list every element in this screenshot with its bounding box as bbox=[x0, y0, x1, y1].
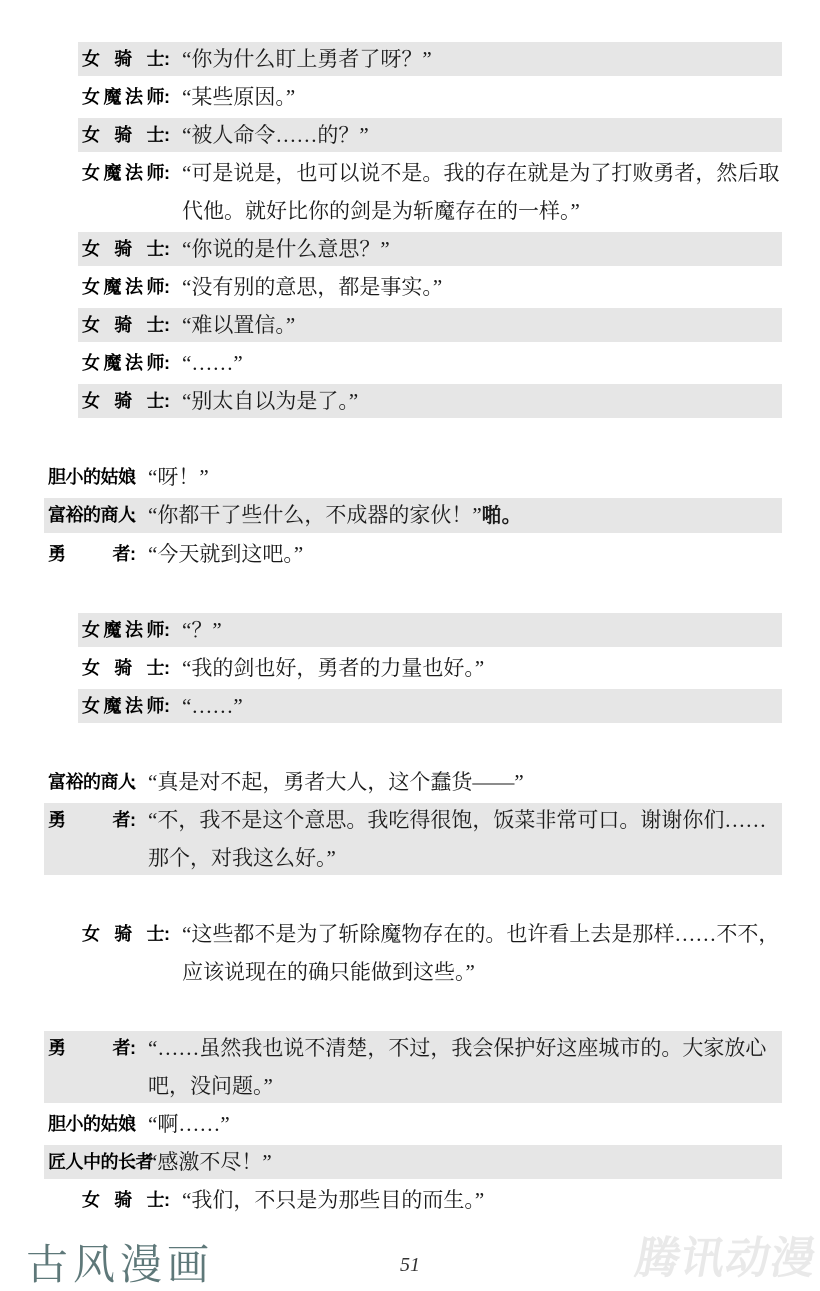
speaker-name: 女魔法师 bbox=[82, 268, 164, 306]
dialogue-quote: “真是对不起，勇者大人，这个蠢货——” bbox=[148, 770, 524, 794]
speaker-name: 女骑士 bbox=[82, 40, 164, 78]
dialogue-quote: “啊……” bbox=[148, 1112, 230, 1136]
dialogue-quote: “不，我不是这个意思。我吃得很饱，饭菜非常可口。谢谢你们……那个，对我这么好。” bbox=[148, 808, 766, 870]
dialogue-row: 女骑士:“别太自以为是了。” bbox=[78, 382, 782, 420]
speaker-colon: : bbox=[164, 649, 170, 687]
dialogue-text: “？” bbox=[182, 611, 782, 649]
dialogue-row: 女魔法师:“某些原因。” bbox=[78, 78, 782, 116]
dialogue-text: “可是说是，也可以说不是。我的存在就是为了打败勇者，然后取代他。就好比你的剑是为… bbox=[182, 154, 782, 230]
speaker-name: 女骑士 bbox=[82, 649, 164, 687]
dialogue-script: 女骑士:“你为什么盯上勇者了呀？”女魔法师:“某些原因。”女骑士:“被人命令……… bbox=[0, 0, 820, 1219]
speaker-name: 勇者 bbox=[48, 1029, 130, 1067]
dialogue-text: “……” bbox=[182, 687, 782, 725]
speaker-name: 女骑士 bbox=[82, 1181, 164, 1219]
dialogue-section: 富裕的商人:“真是对不起，勇者大人，这个蠢货——”勇者:“不，我不是这个意思。我… bbox=[0, 763, 820, 877]
dialogue-text: “不，我不是这个意思。我吃得很饱，饭菜非常可口。谢谢你们……那个，对我这么好。” bbox=[148, 801, 782, 877]
dialogue-quote: “别太自以为是了。” bbox=[182, 389, 358, 413]
dialogue-row: 勇者:“……虽然我也说不清楚，不过，我会保护好这座城市的。大家放心吧，没问题。” bbox=[44, 1029, 782, 1105]
dialogue-quote: “被人命令……的？” bbox=[182, 123, 369, 147]
dialogue-text: “真是对不起，勇者大人，这个蠢货——” bbox=[148, 763, 782, 801]
speaker-colon: : bbox=[130, 496, 136, 534]
speaker-colon: : bbox=[164, 306, 170, 344]
speaker-name: 女骑士 bbox=[82, 382, 164, 420]
speaker-colon: : bbox=[130, 535, 136, 573]
speaker-name: 女骑士 bbox=[82, 306, 164, 344]
speaker-name: 女魔法师 bbox=[82, 154, 164, 192]
dialogue-row: 胆小的姑娘:“呀！” bbox=[44, 458, 782, 496]
speaker-colon: : bbox=[130, 1029, 136, 1067]
speaker-colon: : bbox=[164, 915, 170, 953]
dialogue-quote: “……” bbox=[182, 351, 243, 375]
dialogue-text: “……虽然我也说不清楚，不过，我会保护好这座城市的。大家放心吧，没问题。” bbox=[148, 1029, 782, 1105]
dialogue-row: 勇者:“今天就到这吧。” bbox=[44, 535, 782, 573]
dialogue-text: “……” bbox=[182, 344, 782, 382]
speaker-name: 女魔法师 bbox=[82, 687, 164, 725]
dialogue-text: “你说的是什么意思？” bbox=[182, 230, 782, 268]
dialogue-text: “没有别的意思，都是事实。” bbox=[182, 268, 782, 306]
speaker-colon: : bbox=[164, 611, 170, 649]
speaker-colon: : bbox=[164, 40, 170, 78]
dialogue-row: 富裕的商人:“真是对不起，勇者大人，这个蠢货——” bbox=[44, 763, 782, 801]
dialogue-row: 匠人中的长者:“感激不尽！” bbox=[44, 1143, 782, 1181]
dialogue-quote: “感激不尽！” bbox=[148, 1150, 272, 1174]
speaker-colon: : bbox=[130, 1105, 136, 1143]
dialogue-quote: “呀！” bbox=[148, 465, 209, 489]
speaker-name: 匠人中的长者 bbox=[48, 1143, 130, 1181]
dialogue-row: 女骑士:“这些都不是为了斩除魔物存在的。也许看上去是那样……不不，应该说现在的确… bbox=[78, 915, 782, 991]
dialogue-row: 女骑士:“你说的是什么意思？” bbox=[78, 230, 782, 268]
dialogue-row: 勇者:“不，我不是这个意思。我吃得很饱，饭菜非常可口。谢谢你们……那个，对我这么… bbox=[44, 801, 782, 877]
dialogue-row: 女魔法师:“可是说是，也可以说不是。我的存在就是为了打败勇者，然后取代他。就好比… bbox=[78, 154, 782, 230]
dialogue-text: “难以置信。” bbox=[182, 306, 782, 344]
speaker-colon: : bbox=[164, 382, 170, 420]
speaker-name: 女魔法师 bbox=[82, 344, 164, 382]
dialogue-section: 勇者:“……虽然我也说不清楚，不过，我会保护好这座城市的。大家放心吧，没问题。”… bbox=[0, 1029, 820, 1219]
dialogue-quote: “今天就到这吧。” bbox=[148, 542, 303, 566]
speaker-name: 富裕的商人 bbox=[48, 763, 130, 801]
document-page: 女骑士:“你为什么盯上勇者了呀？”女魔法师:“某些原因。”女骑士:“被人命令……… bbox=[0, 0, 820, 1219]
dialogue-row: 女骑士:“我的剑也好，勇者的力量也好。” bbox=[78, 649, 782, 687]
dialogue-row: 胆小的姑娘:“啊……” bbox=[44, 1105, 782, 1143]
dialogue-section: 女骑士:“这些都不是为了斩除魔物存在的。也许看上去是那样……不不，应该说现在的确… bbox=[0, 915, 820, 991]
speaker-colon: : bbox=[130, 1143, 136, 1181]
dialogue-section: 胆小的姑娘:“呀！”富裕的商人:“你都干了些什么，不成器的家伙！”啪。勇者:“今… bbox=[0, 458, 820, 573]
dialogue-quote: “你说的是什么意思？” bbox=[182, 237, 390, 261]
speaker-colon: : bbox=[164, 687, 170, 725]
dialogue-quote: “难以置信。” bbox=[182, 313, 295, 337]
speaker-colon: : bbox=[130, 801, 136, 839]
dialogue-text: “今天就到这吧。” bbox=[148, 535, 782, 573]
speaker-name: 女魔法师 bbox=[82, 611, 164, 649]
dialogue-text: “这些都不是为了斩除魔物存在的。也许看上去是那样……不不，应该说现在的确只能做到… bbox=[182, 915, 782, 991]
dialogue-quote: “我们，不只是为那些目的而生。” bbox=[182, 1188, 484, 1212]
speaker-colon: : bbox=[164, 268, 170, 306]
speaker-colon: : bbox=[164, 1181, 170, 1219]
dialogue-quote: “某些原因。” bbox=[182, 85, 295, 109]
speaker-name: 女骑士 bbox=[82, 915, 164, 953]
dialogue-row: 女骑士:“难以置信。” bbox=[78, 306, 782, 344]
speaker-name: 勇者 bbox=[48, 801, 130, 839]
speaker-colon: : bbox=[164, 116, 170, 154]
dialogue-quote: “……” bbox=[182, 694, 243, 718]
dialogue-quote: “可是说是，也可以说不是。我的存在就是为了打败勇者，然后取代他。就好比你的剑是为… bbox=[182, 161, 779, 223]
dialogue-row: 富裕的商人:“你都干了些什么，不成器的家伙！”啪。 bbox=[44, 496, 782, 535]
dialogue-text: “你都干了些什么，不成器的家伙！”啪。 bbox=[148, 496, 782, 535]
speaker-name: 女骑士 bbox=[82, 116, 164, 154]
speaker-colon: : bbox=[130, 763, 136, 801]
speaker-colon: : bbox=[164, 154, 170, 192]
speaker-name: 胆小的姑娘 bbox=[48, 1105, 130, 1143]
speaker-name: 女魔法师 bbox=[82, 78, 164, 116]
speaker-colon: : bbox=[164, 230, 170, 268]
dialogue-section: 女魔法师:“？”女骑士:“我的剑也好，勇者的力量也好。”女魔法师:“……” bbox=[0, 611, 820, 725]
dialogue-text: “呀！” bbox=[148, 458, 782, 496]
dialogue-text: “啊……” bbox=[148, 1105, 782, 1143]
speaker-colon: : bbox=[164, 78, 170, 116]
dialogue-row: 女骑士:“被人命令……的？” bbox=[78, 116, 782, 154]
watermark-logo: 腾讯动漫 bbox=[632, 1237, 820, 1281]
dialogue-quote: “你都干了些什么，不成器的家伙！” bbox=[148, 503, 482, 527]
dialogue-row: 女魔法师:“……” bbox=[78, 344, 782, 382]
dialogue-text: “我们，不只是为那些目的而生。” bbox=[182, 1181, 782, 1219]
speaker-name: 勇者 bbox=[48, 535, 130, 573]
dialogue-quote: “……虽然我也说不清楚，不过，我会保护好这座城市的。大家放心吧，没问题。” bbox=[148, 1036, 766, 1098]
dialogue-row: 女骑士:“我们，不只是为那些目的而生。” bbox=[78, 1181, 782, 1219]
dialogue-text: “感激不尽！” bbox=[148, 1143, 782, 1181]
dialogue-row: 女魔法师:“没有别的意思，都是事实。” bbox=[78, 268, 782, 306]
dialogue-row: 女骑士:“你为什么盯上勇者了呀？” bbox=[78, 40, 782, 78]
dialogue-quote: “这些都不是为了斩除魔物存在的。也许看上去是那样……不不，应该说现在的确只能做到… bbox=[182, 922, 779, 984]
dialogue-quote: “你为什么盯上勇者了呀？” bbox=[182, 47, 432, 71]
speaker-name: 胆小的姑娘 bbox=[48, 458, 130, 496]
speaker-name: 富裕的商人 bbox=[48, 496, 130, 534]
dialogue-row: 女魔法师:“……” bbox=[78, 687, 782, 725]
speaker-colon: : bbox=[130, 458, 136, 496]
dialogue-text: “被人命令……的？” bbox=[182, 116, 782, 154]
sound-effect-text: 啪。 bbox=[482, 505, 522, 527]
dialogue-quote: “没有别的意思，都是事实。” bbox=[182, 275, 442, 299]
speaker-colon: : bbox=[164, 344, 170, 382]
dialogue-section: 女骑士:“你为什么盯上勇者了呀？”女魔法师:“某些原因。”女骑士:“被人命令……… bbox=[0, 40, 820, 420]
dialogue-text: “你为什么盯上勇者了呀？” bbox=[182, 40, 782, 78]
dialogue-text: “我的剑也好，勇者的力量也好。” bbox=[182, 649, 782, 687]
dialogue-quote: “？” bbox=[182, 618, 222, 642]
dialogue-quote: “我的剑也好，勇者的力量也好。” bbox=[182, 656, 484, 680]
dialogue-text: “别太自以为是了。” bbox=[182, 382, 782, 420]
page-footer: 古风漫画 51 腾讯动漫 bbox=[0, 1221, 820, 1291]
speaker-name: 女骑士 bbox=[82, 230, 164, 268]
dialogue-row: 女魔法师:“？” bbox=[78, 611, 782, 649]
dialogue-text: “某些原因。” bbox=[182, 78, 782, 116]
